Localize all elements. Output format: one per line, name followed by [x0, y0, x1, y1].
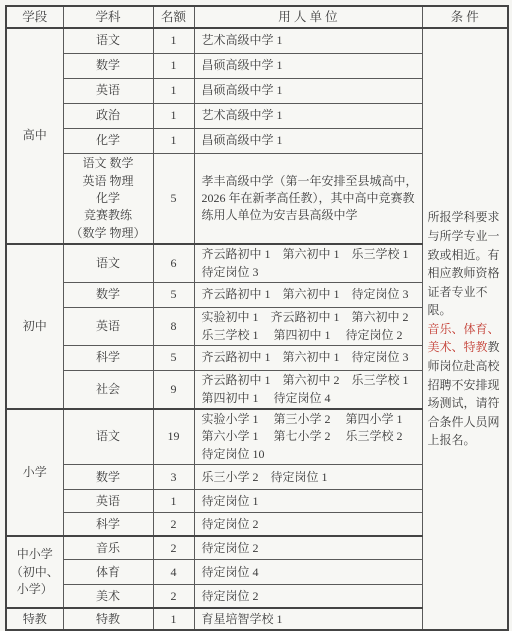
subject-cell: 英语	[63, 490, 153, 513]
employer-cell: 实验小学 1 第三小学 2 第四小学 1 第六小学 1 第七小学 2 乐三学校 …	[194, 409, 422, 465]
employer-cell: 孝丰高级中学（第一年安排至县城高中，2026 年在新孝高任教），其中高中竞赛教练…	[194, 154, 422, 244]
header-subject: 学科	[63, 6, 153, 28]
subject-cell: 语文	[63, 28, 153, 54]
subject-cell: 语文	[63, 244, 153, 283]
stage-cell-zhongxiaoxue: 中小学 （初中、 小学）	[6, 536, 63, 608]
quota-cell: 1	[153, 104, 194, 129]
subject-cell: 语文 数学 英语 物理 化学 竞赛教练 （数学 物理）	[63, 154, 153, 244]
subject-cell: 音乐	[63, 536, 153, 560]
quota-cell: 5	[153, 154, 194, 244]
stage-cell-xiaoxue: 小学	[6, 409, 63, 536]
subject-cell: 政治	[63, 104, 153, 129]
subject-cell: 数学	[63, 283, 153, 308]
employer-cell: 待定岗位 2	[194, 585, 422, 609]
table-header-row: 学段 学科 名额 用 人 单 位 条 件	[6, 6, 508, 28]
employer-cell: 实验初中 1 齐云路初中 1 第六初中 2 乐三学校 1 第四初中 1 待定岗位…	[194, 308, 422, 346]
header-quota: 名额	[153, 6, 194, 28]
quota-cell: 9	[153, 371, 194, 410]
recruitment-table: 学段 学科 名额 用 人 单 位 条 件 高中 语文 1 艺术高级中学 1 所报…	[5, 5, 509, 631]
quota-cell: 8	[153, 308, 194, 346]
employer-cell: 待定岗位 2	[194, 536, 422, 560]
quota-cell: 4	[153, 560, 194, 585]
condition-sentence-2: 教师岗位赴高校招聘不安排现场测试，请符合条件人员网上报名。	[428, 340, 500, 447]
quota-cell: 1	[153, 28, 194, 54]
subject-cell: 英语	[63, 308, 153, 346]
header-stage: 学段	[6, 6, 63, 28]
header-condition: 条 件	[422, 6, 508, 28]
employer-cell: 艺术高级中学 1	[194, 28, 422, 54]
employer-cell: 待定岗位 1	[194, 490, 422, 513]
subject-cell: 科学	[63, 346, 153, 371]
employer-cell: 乐三小学 2 待定岗位 1	[194, 465, 422, 490]
quota-cell: 5	[153, 283, 194, 308]
quota-cell: 1	[153, 129, 194, 154]
subject-cell: 语文	[63, 409, 153, 465]
table-row: 高中 语文 1 艺术高级中学 1 所报学科要求与所学专业一致或相近。有相应教师资…	[6, 28, 508, 54]
employer-cell: 齐云路初中 1 第六初中 1 待定岗位 3	[194, 283, 422, 308]
stage-cell-tejiao: 特教	[6, 608, 63, 630]
employer-cell: 待定岗位 4	[194, 560, 422, 585]
quota-cell: 2	[153, 536, 194, 560]
employer-cell: 育星培智学校 1	[194, 608, 422, 630]
employer-cell: 齐云路初中 1 第六初中 1 乐三学校 1 待定岗位 3	[194, 244, 422, 283]
condition-cell: 所报学科要求与所学专业一致或相近。有相应教师资格证者专业不限。音乐、体育、美术、…	[422, 28, 508, 630]
employer-cell: 齐云路初中 1 第六初中 2 乐三学校 1 第四初中 1 待定岗位 4	[194, 371, 422, 410]
subject-cell: 数学	[63, 54, 153, 79]
employer-cell: 昌硕高级中学 1	[194, 129, 422, 154]
quota-cell: 1	[153, 490, 194, 513]
subject-cell: 英语	[63, 79, 153, 104]
quota-cell: 1	[153, 608, 194, 630]
employer-cell: 昌硕高级中学 1	[194, 54, 422, 79]
condition-sentence-1: 所报学科要求与所学专业一致或相近。有相应教师资格证者专业不限。	[428, 210, 500, 317]
header-employer: 用 人 单 位	[194, 6, 422, 28]
quota-cell: 6	[153, 244, 194, 283]
subject-cell: 社会	[63, 371, 153, 410]
subject-cell: 科学	[63, 513, 153, 537]
employer-cell: 齐云路初中 1 第六初中 1 待定岗位 3	[194, 346, 422, 371]
subject-cell: 特教	[63, 608, 153, 630]
condition-text: 所报学科要求与所学专业一致或相近。有相应教师资格证者专业不限。音乐、体育、美术、…	[428, 208, 503, 450]
quota-cell: 1	[153, 79, 194, 104]
stage-cell-gaozhong: 高中	[6, 28, 63, 244]
quota-cell: 5	[153, 346, 194, 371]
employer-cell: 待定岗位 2	[194, 513, 422, 537]
subject-cell: 美术	[63, 585, 153, 609]
quota-cell: 3	[153, 465, 194, 490]
stage-cell-chuzhong: 初中	[6, 244, 63, 409]
subject-cell: 数学	[63, 465, 153, 490]
subject-cell: 体育	[63, 560, 153, 585]
employer-cell: 艺术高级中学 1	[194, 104, 422, 129]
quota-cell: 19	[153, 409, 194, 465]
quota-cell: 2	[153, 513, 194, 537]
subject-cell: 化学	[63, 129, 153, 154]
quota-cell: 2	[153, 585, 194, 609]
quota-cell: 1	[153, 54, 194, 79]
employer-cell: 昌硕高级中学 1	[194, 79, 422, 104]
